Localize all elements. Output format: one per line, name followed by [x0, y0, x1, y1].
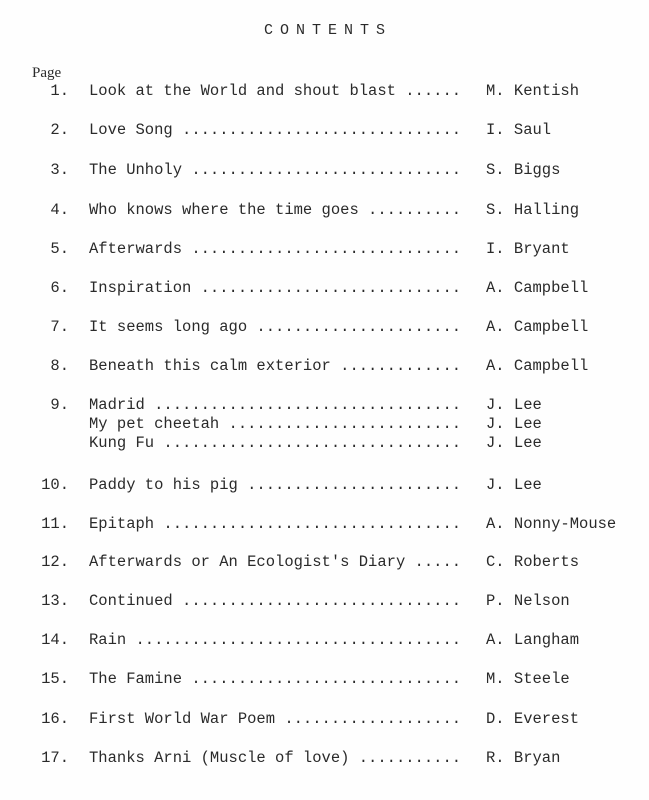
page-number: 13. — [41, 592, 69, 610]
page-number: 1. — [50, 82, 69, 100]
entry-title: Epitaph ................................ — [89, 515, 461, 533]
page-number: 9. — [50, 396, 69, 414]
page-title: CONTENTS — [0, 22, 649, 39]
page-number: 2. — [50, 121, 69, 139]
entry-title: The Famine ............................. — [89, 670, 461, 688]
entry-title: Love Song .............................. — [89, 121, 461, 139]
entry-title: Look at the World and shout blast ...... — [89, 82, 461, 100]
entry-title: Who knows where the time goes .......... — [89, 201, 461, 219]
entry-author: J. Lee — [486, 434, 542, 452]
page-number: 7. — [50, 318, 69, 336]
entry-author: S. Biggs — [486, 161, 560, 179]
entry-author: R. Bryan — [486, 749, 560, 767]
entry-author: I. Bryant — [486, 240, 570, 258]
entry-title: Thanks Arni (Muscle of love) ........... — [89, 749, 461, 767]
entry-author: P. Nelson — [486, 592, 570, 610]
entry-author: A. Campbell — [486, 357, 588, 375]
entry-author: J. Lee — [486, 476, 542, 494]
page-number: 14. — [41, 631, 69, 649]
page-number: 10. — [41, 476, 69, 494]
entry-author: C. Roberts — [486, 553, 579, 571]
entry-author: D. Everest — [486, 710, 579, 728]
entry-title: My pet cheetah ......................... — [89, 415, 461, 433]
entry-author: A. Nonny-Mouse — [486, 515, 616, 533]
entry-title: Afterwards or An Ecologist's Diary ..... — [89, 553, 461, 571]
entry-title: Continued .............................. — [89, 592, 461, 610]
entry-author: A. Campbell — [486, 279, 588, 297]
entry-author: S. Halling — [486, 201, 579, 219]
entry-author: M. Kentish — [486, 82, 579, 100]
entry-title: Afterwards ............................. — [89, 240, 461, 258]
page-number: 4. — [50, 201, 69, 219]
page-number: 17. — [41, 749, 69, 767]
entry-author: I. Saul — [486, 121, 551, 139]
entry-title: Rain ................................... — [89, 631, 461, 649]
entry-author: M. Steele — [486, 670, 570, 688]
page-number: 12. — [41, 553, 69, 571]
entry-title: The Unholy ............................. — [89, 161, 461, 179]
entry-title: Inspiration ............................ — [89, 279, 461, 297]
page-number: 15. — [41, 670, 69, 688]
entry-author: A. Campbell — [486, 318, 588, 336]
entry-title: First World War Poem ................... — [89, 710, 461, 728]
page-number: 5. — [50, 240, 69, 258]
entry-author: J. Lee — [486, 415, 542, 433]
page-number: 16. — [41, 710, 69, 728]
page-number: 3. — [50, 161, 69, 179]
page-number: 11. — [41, 515, 69, 533]
entry-author: A. Langham — [486, 631, 579, 649]
entry-title: It seems long ago ...................... — [89, 318, 461, 336]
entry-author: J. Lee — [486, 396, 542, 414]
entry-title: Beneath this calm exterior ............. — [89, 357, 461, 375]
entry-title: Paddy to his pig ....................... — [89, 476, 461, 494]
page-number: 8. — [50, 357, 69, 375]
page-number: 6. — [50, 279, 69, 297]
entry-title: Madrid ................................. — [89, 396, 461, 414]
page-column-label: Page — [32, 65, 61, 82]
entry-title: Kung Fu ................................ — [89, 434, 461, 452]
